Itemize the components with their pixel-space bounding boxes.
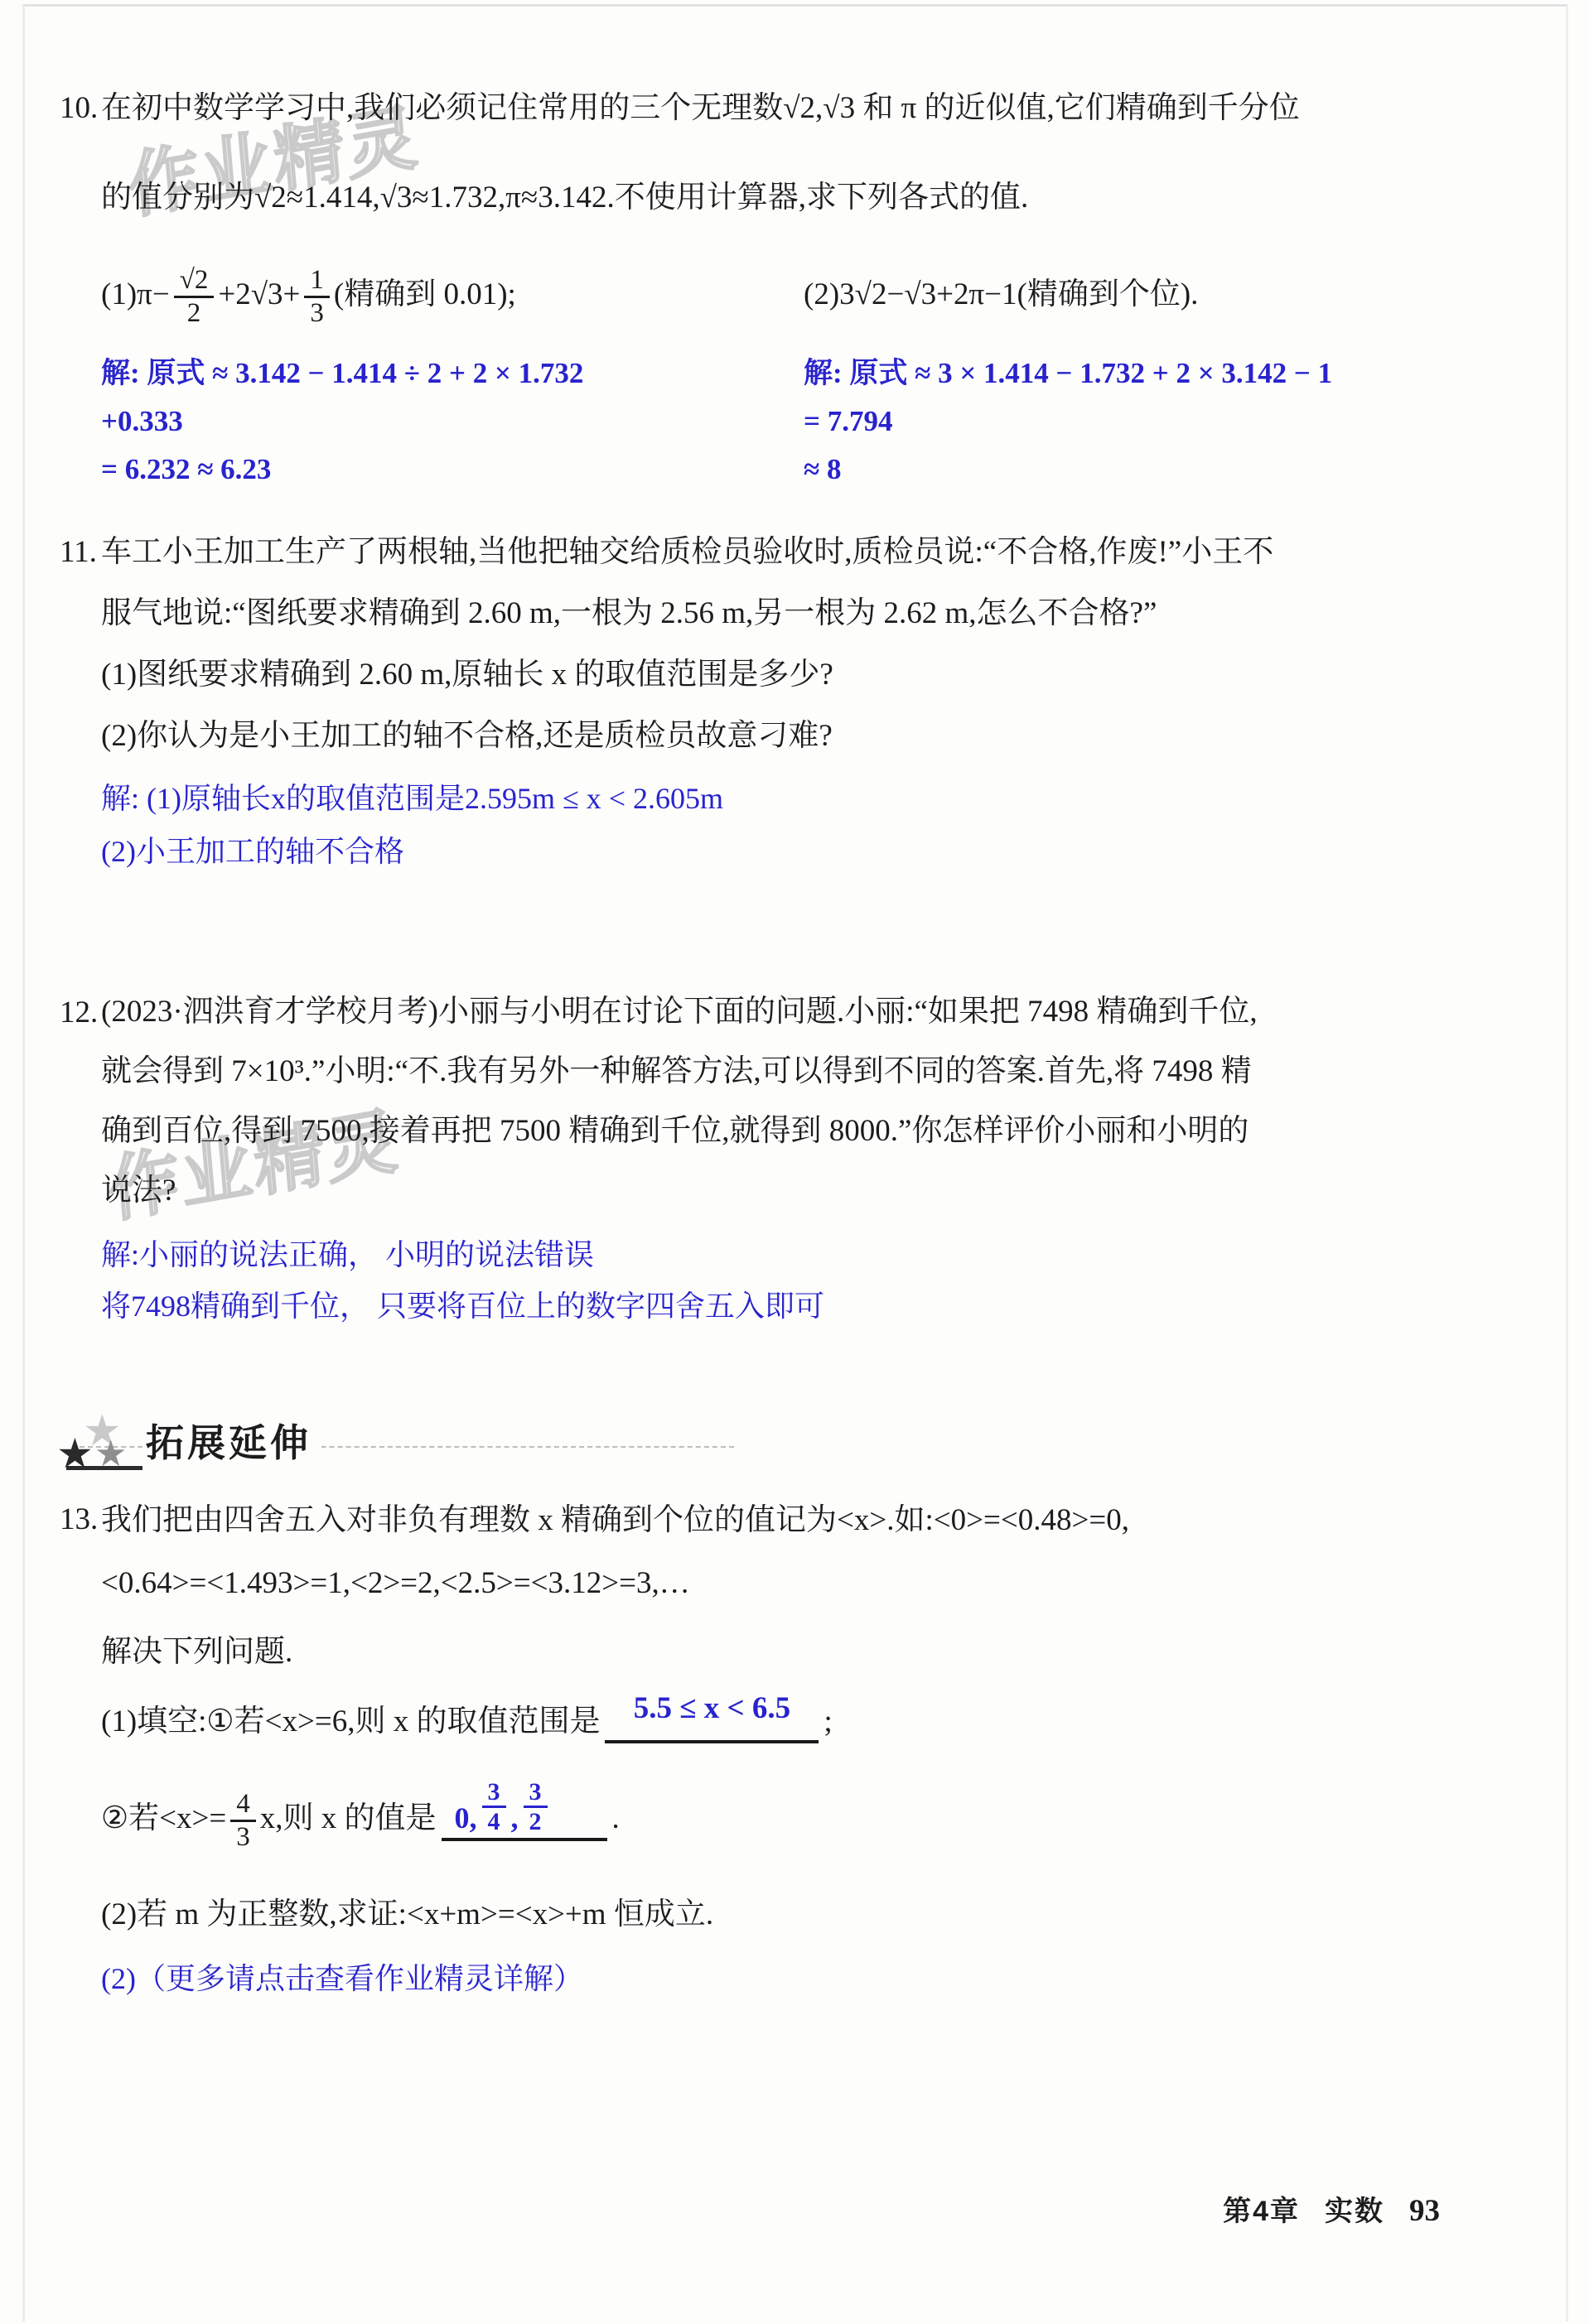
blank-answer-comma: ,	[510, 1803, 520, 1836]
formula-1-suffix: (精确到 0.01);	[334, 277, 516, 311]
problem-13-fill-blank-1: (1)填空:①若<x>=6,则 x 的取值范围是5.5 ≤ x < 6.5;	[101, 1686, 1559, 1757]
problem-13-fill-blank-2: ②若<x>=43x,则 x 的值是0,34,32.	[101, 1769, 1559, 1868]
problem-10-solution-1: 解: 原式 ≈ 3.142 − 1.414 ÷ 2 + 2 × 1.732 +0…	[101, 350, 804, 494]
problem-13-text-line-3: 解决下列问题.	[101, 1623, 1559, 1681]
answer-line: +0.333	[101, 398, 804, 446]
problem-10-formula-2: (2)3√2−√3+2π−1(精确到个位).	[804, 248, 1559, 341]
page-footer: 第4章 实数 93	[0, 2188, 1589, 2229]
star-icon: ★	[56, 1433, 94, 1474]
answer-line: 将7498精确到千位， 只要将百位上的数字四舍五入即可	[101, 1280, 1559, 1332]
fill-blank-2-punct: .	[612, 1801, 620, 1835]
fraction-1-over-3: 13	[304, 265, 330, 329]
problem-11-text-line-1: 车工小王加工生产了两根轴,当他把轴交给质检员验收时,质检员说:“不合格,作废!”…	[101, 522, 1559, 583]
answer-blank: 5.5 ≤ x < 6.5	[605, 1700, 819, 1743]
problem-10-solution-2: 解: 原式 ≈ 3 × 1.414 − 1.732 + 2 × 3.142 − …	[804, 350, 1559, 494]
problem-13-subquestion-2: (2)若 m 为正整数,求证:<x+m>=<x>+m 恒成立.	[101, 1883, 1559, 1946]
problem-12-text-line-4: 说法?	[101, 1161, 1559, 1221]
formula-1-middle: +2√3+	[218, 277, 300, 311]
answer-line: 解: (1)原轴长x的取值范围是2.595m ≤ x < 2.605m	[101, 772, 1559, 825]
blank-answer: 5.5 ≤ x < 6.5	[634, 1691, 790, 1725]
more-details-link[interactable]: (2)（更多请点击查看作业精灵详解）	[101, 1950, 1559, 2008]
problem-12-text-line-3: 确到百位,得到 7500,接着再把 7500 精确到千位,就得到 8000.”你…	[101, 1102, 1559, 1161]
fraction-4-over-3: 43	[230, 1789, 256, 1853]
problem-11-subquestion-2: (2)你认为是小王加工的轴不合格,还是质检员故意刁难?	[101, 706, 1559, 767]
answer-fraction-3-over-2: 32	[524, 1778, 548, 1836]
answer-line: 解: 原式 ≈ 3.142 − 1.414 ÷ 2 + 2 × 1.732	[101, 350, 804, 398]
workbook-page: 作业精灵 作业精灵 10. 在初中数学学习中,我们必须记住常用的三个无理数√2,…	[0, 0, 1589, 2324]
answer-line: ≈ 8	[804, 446, 1559, 494]
fill-blank-2-middle: x,则 x 的值是	[260, 1801, 437, 1835]
problem-12-text-line-2: 就会得到 7×10³.”小明:“不.我有另外一种解答方法,可以得到不同的答案.首…	[101, 1042, 1559, 1102]
problem-11-text-line-2: 服气地说:“图纸要求精确到 2.60 m,一根为 2.56 m,另一根为 2.6…	[101, 583, 1559, 644]
answer-line: = 7.794	[804, 398, 1559, 446]
fraction-sqrt2-over-2: √22	[174, 265, 215, 329]
problem-11-number: 11.	[60, 522, 101, 583]
fill-blank-2-text: ②若<x>=	[101, 1801, 226, 1835]
answer-fraction-3-over-4: 34	[482, 1778, 506, 1836]
formula-1-prefix: (1)π−	[101, 277, 170, 311]
problem-13: 13. 我们把由四舍五入对非负有理数 x 精确到个位的值记为<x>.如:<0>=…	[60, 1489, 1559, 2008]
problem-11-solution: 解: (1)原轴长x的取值范围是2.595m ≤ x < 2.605m (2)小…	[101, 772, 1559, 878]
problem-10-formula-1: (1)π−√22+2√3+13(精确到 0.01);	[101, 248, 804, 341]
footer-chapter-label: 第4章	[1223, 2188, 1300, 2229]
problem-10-number: 10.	[60, 78, 101, 139]
problem-13-number: 13.	[60, 1489, 101, 1550]
answer-line: 解: 原式 ≈ 3 × 1.414 − 1.732 + 2 × 3.142 − …	[804, 350, 1559, 398]
problem-10: 10. 在初中数学学习中,我们必须记住常用的三个无理数√2,√3 和 π 的近似…	[60, 78, 1559, 494]
answer-line: 解:小丽的说法正确， 小明的说法错误	[101, 1229, 1559, 1280]
problem-11: 11. 车工小王加工生产了两根轴,当他把轴交给质检员验收时,质检员说:“不合格,…	[60, 522, 1559, 878]
footer-subject-label: 实数	[1325, 2188, 1384, 2229]
problem-11-subquestion-1: (1)图纸要求精确到 2.60 m,原轴长 x 的取值范围是多少?	[101, 644, 1559, 706]
problem-10-text-line-1: 在初中数学学习中,我们必须记住常用的三个无理数√2,√3 和 π 的近似值,它们…	[101, 78, 1559, 139]
problem-12-number: 12.	[60, 982, 101, 1044]
fill-blank-1-text: (1)填空:①若<x>=6,则 x 的取值范围是	[101, 1704, 600, 1738]
problem-12-text-line-1: (2023·泗洪育才学校月考)小丽与小明在讨论下面的问题.小丽:“如果把 749…	[101, 982, 1559, 1042]
answer-blank: 0,34,32	[442, 1778, 607, 1841]
problem-13-text-line-1: 我们把由四舍五入对非负有理数 x 精确到个位的值记为<x>.如:<0>=<0.4…	[101, 1489, 1559, 1552]
section-title: 拓展延伸	[142, 1413, 321, 1471]
star-icon: ★	[94, 1436, 127, 1473]
answer-line: (2)小王加工的轴不合格	[101, 825, 1559, 878]
problem-13-text-line-2: <0.64>=<1.493>=1,<2>=2,<2.5>=<3.12>=3,…	[101, 1552, 1559, 1615]
stars-icon: ★ ★ ★	[60, 1416, 142, 1471]
problem-10-text-line-2: 的值分别为√2≈1.414,√3≈1.732,π≈3.142.不使用计算器,求下…	[101, 167, 1559, 229]
problem-12-solution: 解:小丽的说法正确， 小明的说法错误 将7498精确到千位， 只要将百位上的数字…	[101, 1229, 1559, 1332]
blank-answer: 0,	[453, 1803, 479, 1836]
answer-line: = 6.232 ≈ 6.23	[101, 446, 804, 494]
fill-blank-1-punct: ;	[823, 1704, 832, 1738]
section-header-extension: ★ ★ ★ 拓展延伸	[60, 1413, 1559, 1479]
problem-12: 12. (2023·泗洪育才学校月考)小丽与小明在讨论下面的问题.小丽:“如果把…	[60, 982, 1559, 1332]
footer-page-number: 93	[1409, 2193, 1440, 2229]
